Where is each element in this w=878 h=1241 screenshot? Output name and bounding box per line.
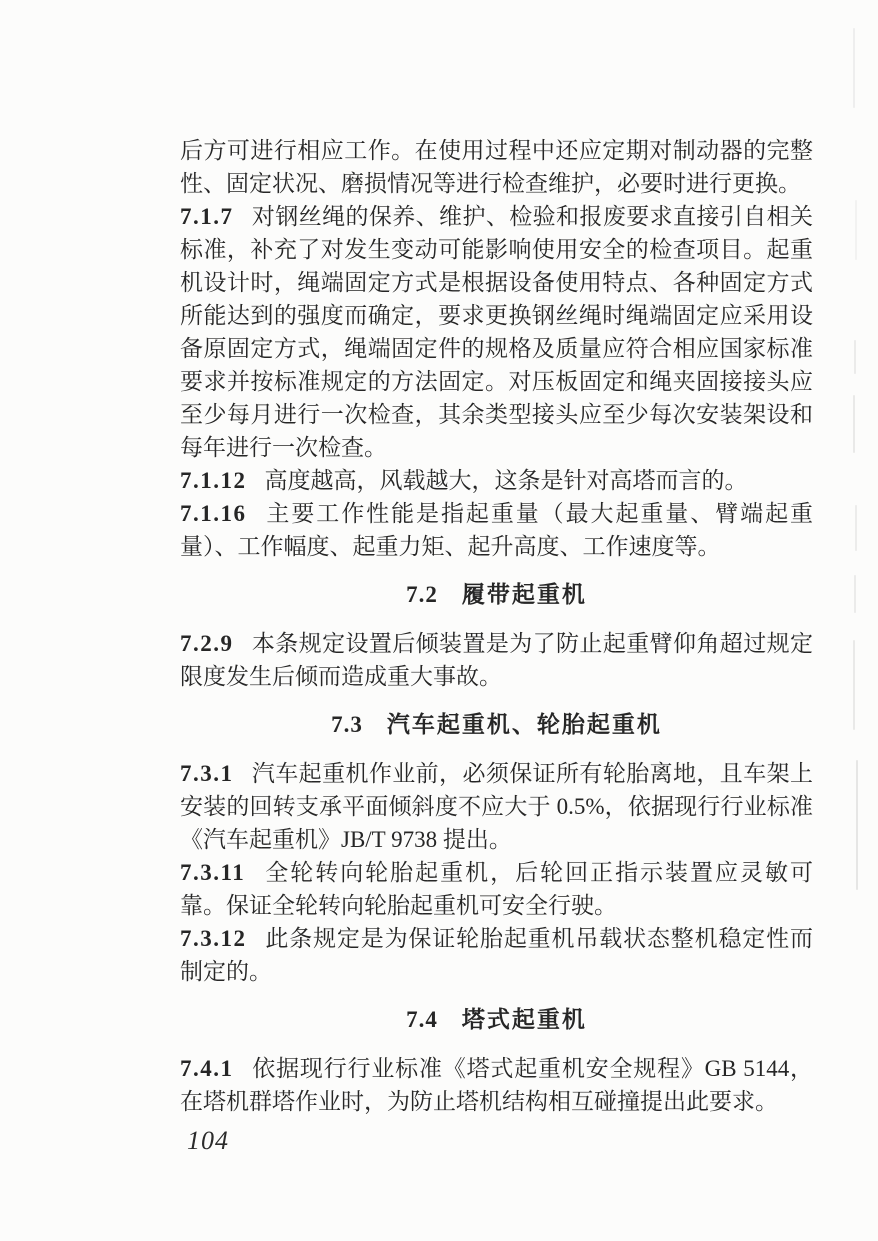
scan-artifact bbox=[853, 395, 855, 453]
section-title: 塔式起重机 bbox=[462, 1006, 587, 1032]
section-title: 汽车起重机、轮胎起重机 bbox=[387, 711, 662, 737]
clause-number: 7.3.12 bbox=[180, 926, 247, 951]
section-heading-7-3: 7.3汽车起重机、轮胎起重机 bbox=[180, 708, 813, 741]
clause-number: 7.1.12 bbox=[180, 468, 247, 493]
clause-7-1-7: 7.1.7对钢丝绳的保养、维护、检验和报废要求直接引自相关标准，补充了对发生变动… bbox=[180, 200, 813, 464]
paragraph-continuation: 后方可进行相应工作。在使用过程中还应定期对制动器的完整性、固定状况、磨损情况等进… bbox=[180, 134, 813, 200]
clause-text: 对钢丝绳的保养、维护、检验和报废要求直接引自相关标准，补充了对发生变动可能影响使… bbox=[180, 204, 813, 460]
clause-7-3-1: 7.3.1汽车起重机作业前，必须保证所有轮胎离地，且车架上安装的回转支承平面倾斜… bbox=[180, 757, 813, 856]
scan-artifact bbox=[854, 340, 856, 374]
clause-text: 全轮转向轮胎起重机，后轮回正指示装置应灵敏可靠。保证全轮转向轮胎起重机可安全行驶… bbox=[180, 860, 813, 918]
clause-text: 高度越高，风载越大，这条是针对高塔而言的。 bbox=[265, 468, 748, 493]
clause-number: 7.4.1 bbox=[180, 1056, 234, 1081]
scan-artifact bbox=[853, 640, 855, 730]
clause-7-1-12: 7.1.12高度越高，风载越大，这条是针对高塔而言的。 bbox=[180, 464, 813, 497]
clause-number: 7.2.9 bbox=[180, 631, 234, 656]
scan-artifact bbox=[853, 28, 855, 108]
clause-text: 依据现行行业标准《塔式起重机安全规程》GB 5144，在塔机群塔作业时，为防止塔… bbox=[180, 1056, 813, 1114]
section-number: 7.2 bbox=[406, 582, 438, 607]
page-number: 104 bbox=[187, 1126, 229, 1156]
clause-number: 7.3.11 bbox=[180, 860, 245, 885]
section-heading-7-4: 7.4塔式起重机 bbox=[180, 1003, 813, 1036]
page-content: 后方可进行相应工作。在使用过程中还应定期对制动器的完整性、固定状况、磨损情况等进… bbox=[180, 134, 813, 1118]
clause-number: 7.3.1 bbox=[180, 761, 234, 786]
clause-number: 7.1.16 bbox=[180, 501, 247, 526]
clause-text: 汽车起重机作业前，必须保证所有轮胎离地，且车架上安装的回转支承平面倾斜度不应大于… bbox=[180, 761, 813, 852]
clause-7-2-9: 7.2.9本条规定设置后倾装置是为了防止起重臂仰角超过规定限度发生后倾而造成重大… bbox=[180, 627, 813, 693]
section-number: 7.4 bbox=[406, 1007, 438, 1032]
scan-artifact bbox=[854, 575, 856, 613]
clause-text: 此条规定是为保证轮胎起重机吊载状态整机稳定性而制定的。 bbox=[180, 926, 813, 984]
section-number: 7.3 bbox=[331, 712, 363, 737]
clause-text: 本条规定设置后倾装置是为了防止起重臂仰角超过规定限度发生后倾而造成重大事故。 bbox=[180, 631, 813, 689]
clause-7-3-12: 7.3.12此条规定是为保证轮胎起重机吊载状态整机稳定性而制定的。 bbox=[180, 922, 813, 988]
scan-artifact bbox=[855, 200, 857, 260]
section-title: 履带起重机 bbox=[462, 581, 587, 607]
section-heading-7-2: 7.2履带起重机 bbox=[180, 578, 813, 611]
clause-7-1-16: 7.1.16主要工作性能是指起重量（最大起重量、臂端起重量）、工作幅度、起重力矩… bbox=[180, 497, 813, 563]
scan-artifact bbox=[855, 505, 857, 551]
scan-artifact bbox=[856, 760, 858, 890]
document-page: 后方可进行相应工作。在使用过程中还应定期对制动器的完整性、固定状况、磨损情况等进… bbox=[0, 0, 878, 1241]
clause-text: 主要工作性能是指起重量（最大起重量、臂端起重量）、工作幅度、起重力矩、起升高度、… bbox=[180, 501, 813, 559]
clause-number: 7.1.7 bbox=[180, 204, 234, 229]
clause-7-4-1: 7.4.1依据现行行业标准《塔式起重机安全规程》GB 5144，在塔机群塔作业时… bbox=[180, 1052, 813, 1118]
clause-7-3-11: 7.3.11全轮转向轮胎起重机，后轮回正指示装置应灵敏可靠。保证全轮转向轮胎起重… bbox=[180, 856, 813, 922]
